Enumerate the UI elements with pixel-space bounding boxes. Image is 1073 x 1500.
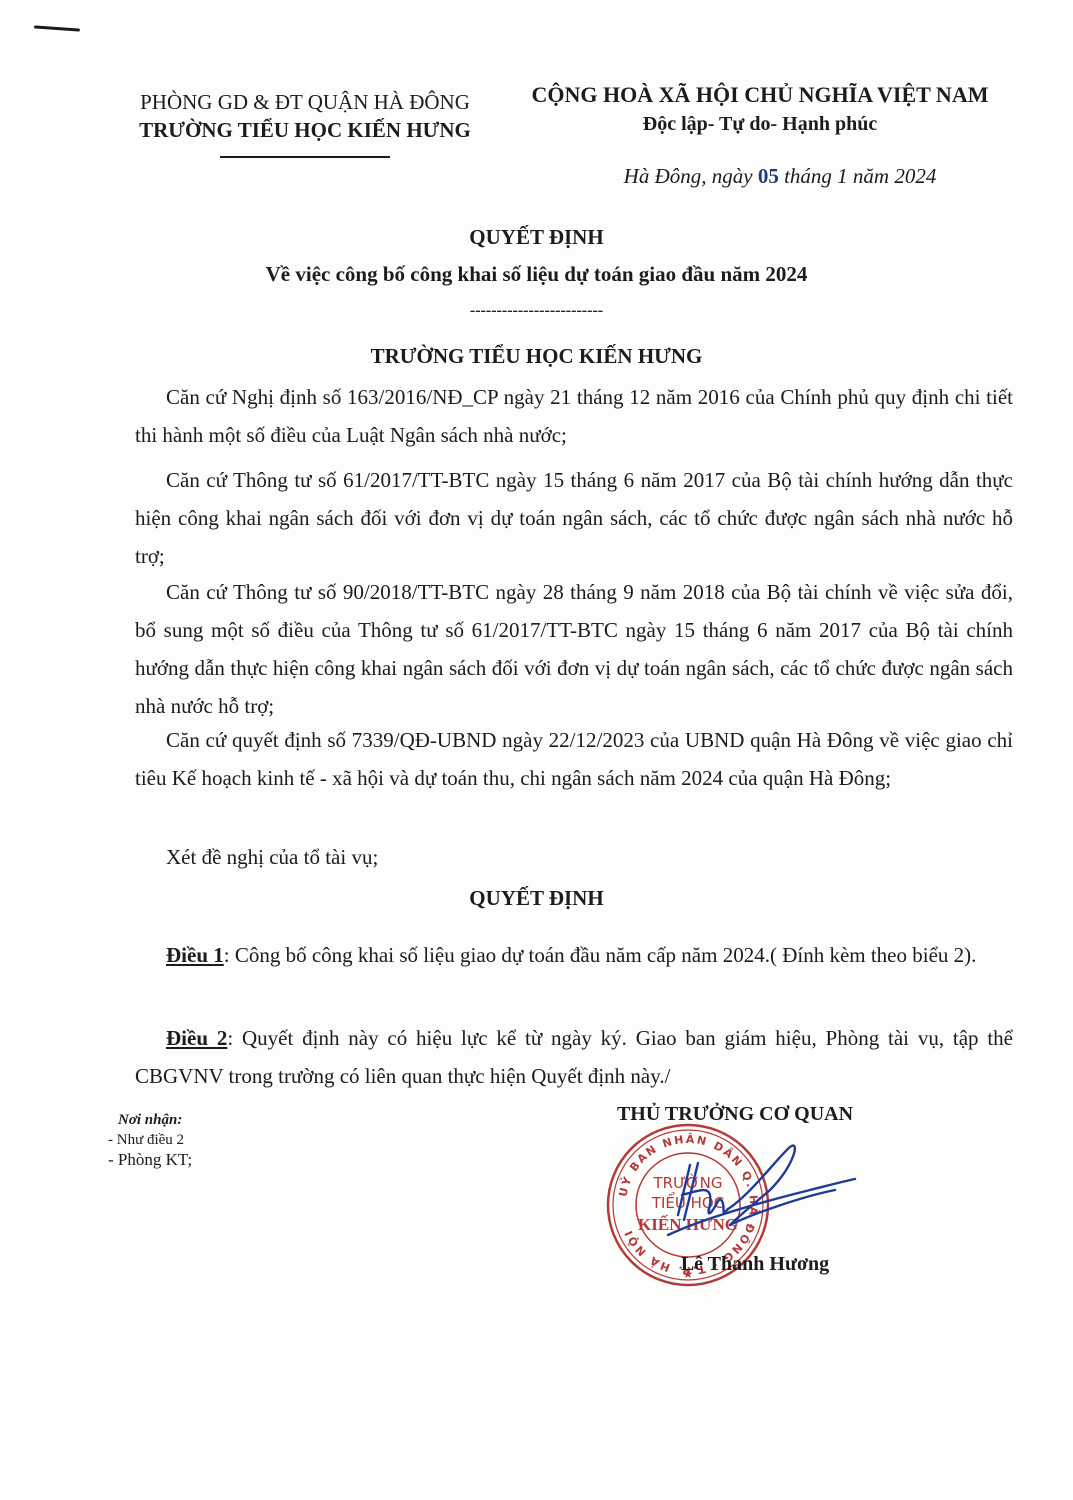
recipient-item: - Như điều 2: [108, 1130, 192, 1150]
national-motto: Độc lập- Tự do- Hạnh phúc: [510, 110, 1010, 138]
article-text: : Công bố công khai số liệu giao dự toán…: [224, 943, 977, 967]
agency-name: PHÒNG GD & ĐT QUẬN HÀ ĐÔNG: [100, 88, 510, 116]
document-type: QUYẾT ĐỊNH: [0, 225, 1073, 250]
date-suffix: tháng 1 năm 2024: [779, 164, 937, 188]
preamble-item: Căn cứ Thông tư số 61/2017/TT-BTC ngày 1…: [135, 461, 1013, 575]
signatory-title: THỦ TRƯỞNG CƠ QUAN: [590, 1103, 880, 1126]
article-text: : Quyết định này có hiệu lực kể từ ngày …: [135, 1026, 1013, 1088]
date-prefix: Hà Đông, ngày: [624, 164, 758, 188]
issuing-agency-header: PHÒNG GD & ĐT QUẬN HÀ ĐÔNG TRƯỜNG TIỂU H…: [100, 88, 510, 158]
country-name: CỘNG HOÀ XÃ HỘI CHỦ NGHĨA VIỆT NAM: [510, 80, 1010, 110]
issuer-name: TRƯỜNG TIỂU HỌC KIẾN HƯNG: [0, 344, 1073, 369]
preamble-item: Căn cứ Thông tư số 90/2018/TT-BTC ngày 2…: [135, 573, 1013, 725]
article-2: Điều 2: Quyết định này có hiệu lực kể từ…: [135, 1019, 1013, 1095]
recipients-block: Nơi nhận: - Như điều 2 - Phòng KT;: [108, 1110, 192, 1170]
signatory-name: Lê Thanh Hương: [590, 1253, 880, 1276]
preamble-item: Căn cứ Nghị định số 163/2016/NĐ_CP ngày …: [135, 378, 1013, 454]
article-1: Điều 1: Công bố công khai số liệu giao d…: [135, 936, 1013, 974]
article-label: Điều 1: [166, 943, 224, 967]
preamble-item: Xét đề nghị của tổ tài vụ;: [135, 838, 1013, 876]
national-header: CỘNG HOÀ XÃ HỘI CHỦ NGHĨA VIỆT NAM Độc l…: [510, 80, 1010, 138]
scan-artifact: [34, 25, 80, 31]
title-separator: -------------------------: [0, 302, 1073, 320]
date-day-handwritten: 05: [758, 164, 779, 188]
recipient-item: - Phòng KT;: [108, 1150, 192, 1170]
preamble-item: Căn cứ quyết định số 7339/QĐ-UBND ngày 2…: [135, 721, 1013, 797]
handwritten-signature: [660, 1135, 860, 1245]
article-label: Điều 2: [166, 1026, 227, 1050]
document-subject: Về việc công bố công khai số liệu dự toá…: [0, 262, 1073, 287]
decision-heading: QUYẾT ĐỊNH: [0, 886, 1073, 911]
document-date: Hà Đông, ngày 05 tháng 1 năm 2024: [560, 164, 1000, 189]
recipients-heading: Nơi nhận:: [118, 1110, 192, 1130]
header-divider: [220, 156, 390, 158]
school-name: TRƯỜNG TIỂU HỌC KIẾN HƯNG: [100, 116, 510, 144]
